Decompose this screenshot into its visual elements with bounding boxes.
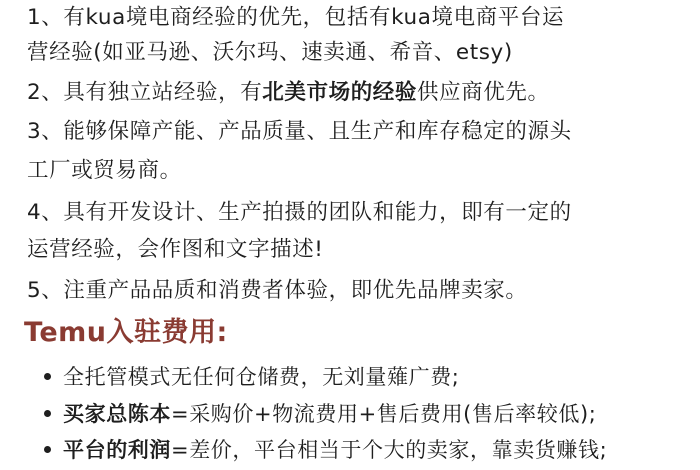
requirement-4-line-1: 4、具有开发设计、生产拍摄的团队和能力，即有一定的 xyxy=(27,198,572,228)
bullet-dot-icon xyxy=(44,410,51,417)
fees-heading: Temu入驻费用: xyxy=(24,316,228,350)
fee-bullet-1-text: 全托管模式无任何仓储费，无刘量薙广费; xyxy=(63,365,459,389)
requirement-5-text: 注重产品品质和消费者体验，即优先品牌卖家。 xyxy=(63,278,527,303)
bullet-dot-icon xyxy=(44,446,51,453)
bullet-dot-icon xyxy=(44,373,51,380)
requirement-1-number: 1、 xyxy=(27,5,63,30)
requirement-1-line-1: 1、有kua境电商经验的优先，包括有kua境电商平台运 xyxy=(27,3,564,33)
fee-bullet-1: 全托管模式无任何仓储费，无刘量薙广费; xyxy=(44,362,459,392)
document-page: 1、有kua境电商经验的优先，包括有kua境电商平台运 营经验(如亚马逊、沃尔玛… xyxy=(0,0,700,470)
fee-bullet-2-label: 买家总陈本 xyxy=(63,402,171,426)
requirement-1-line-2: 营经验(如亚马逊、沃尔玛、速卖通、希音、etsy) xyxy=(27,38,513,68)
requirement-2-number: 2、 xyxy=(27,80,63,105)
fee-bullet-2-text: =采购价+物流费用+售后费用(售后率较低); xyxy=(171,402,596,426)
requirement-3-line-2: 工厂或贸易商。 xyxy=(27,156,182,186)
requirement-4-line-2: 运营经验，会作图和文字描述! xyxy=(27,235,324,265)
requirement-2-emphasis: 北美市场的经验 xyxy=(262,80,417,105)
requirement-1-text: 有kua境电商经验的优先，包括有kua境电商平台运 xyxy=(63,5,564,30)
requirement-3-text-cont: 工厂或贸易商。 xyxy=(27,158,182,183)
requirement-2-text-b: 供应商优先。 xyxy=(417,80,550,105)
requirement-2-text-a: 具有独立站经验，有 xyxy=(63,80,262,105)
fee-bullet-3-text: =差价，平台相当于个大的卖家，靠卖货赚钱; xyxy=(171,438,607,462)
requirement-4-text-cont: 运营经验，会作图和文字描述! xyxy=(27,237,324,262)
requirement-4-text: 具有开发设计、生产拍摄的团队和能力，即有一定的 xyxy=(63,200,571,225)
requirement-3-number: 3、 xyxy=(27,119,63,144)
fee-bullet-2: 买家总陈本=采购价+物流费用+售后费用(售后率较低); xyxy=(44,399,596,429)
fee-bullet-3: 平台的利润=差价，平台相当于个大的卖家，靠卖货赚钱; xyxy=(44,435,607,465)
requirement-3-line-1: 3、能够保障产能、产品质量、且生产和库存稳定的源头 xyxy=(27,117,572,147)
requirement-5-number: 5、 xyxy=(27,278,63,303)
requirement-5-line: 5、注重产品品质和消费者体验，即优先品牌卖家。 xyxy=(27,276,528,306)
requirement-3-text: 能够保障产能、产品质量、且生产和库存稳定的源头 xyxy=(63,119,571,144)
requirement-1-text-cont: 营经验(如亚马逊、沃尔玛、速卖通、希音、etsy) xyxy=(27,40,513,65)
fee-bullet-3-label: 平台的利润 xyxy=(63,438,171,462)
requirement-2-line: 2、具有独立站经验，有北美市场的经验供应商优先。 xyxy=(27,78,550,108)
requirement-4-number: 4、 xyxy=(27,200,63,225)
